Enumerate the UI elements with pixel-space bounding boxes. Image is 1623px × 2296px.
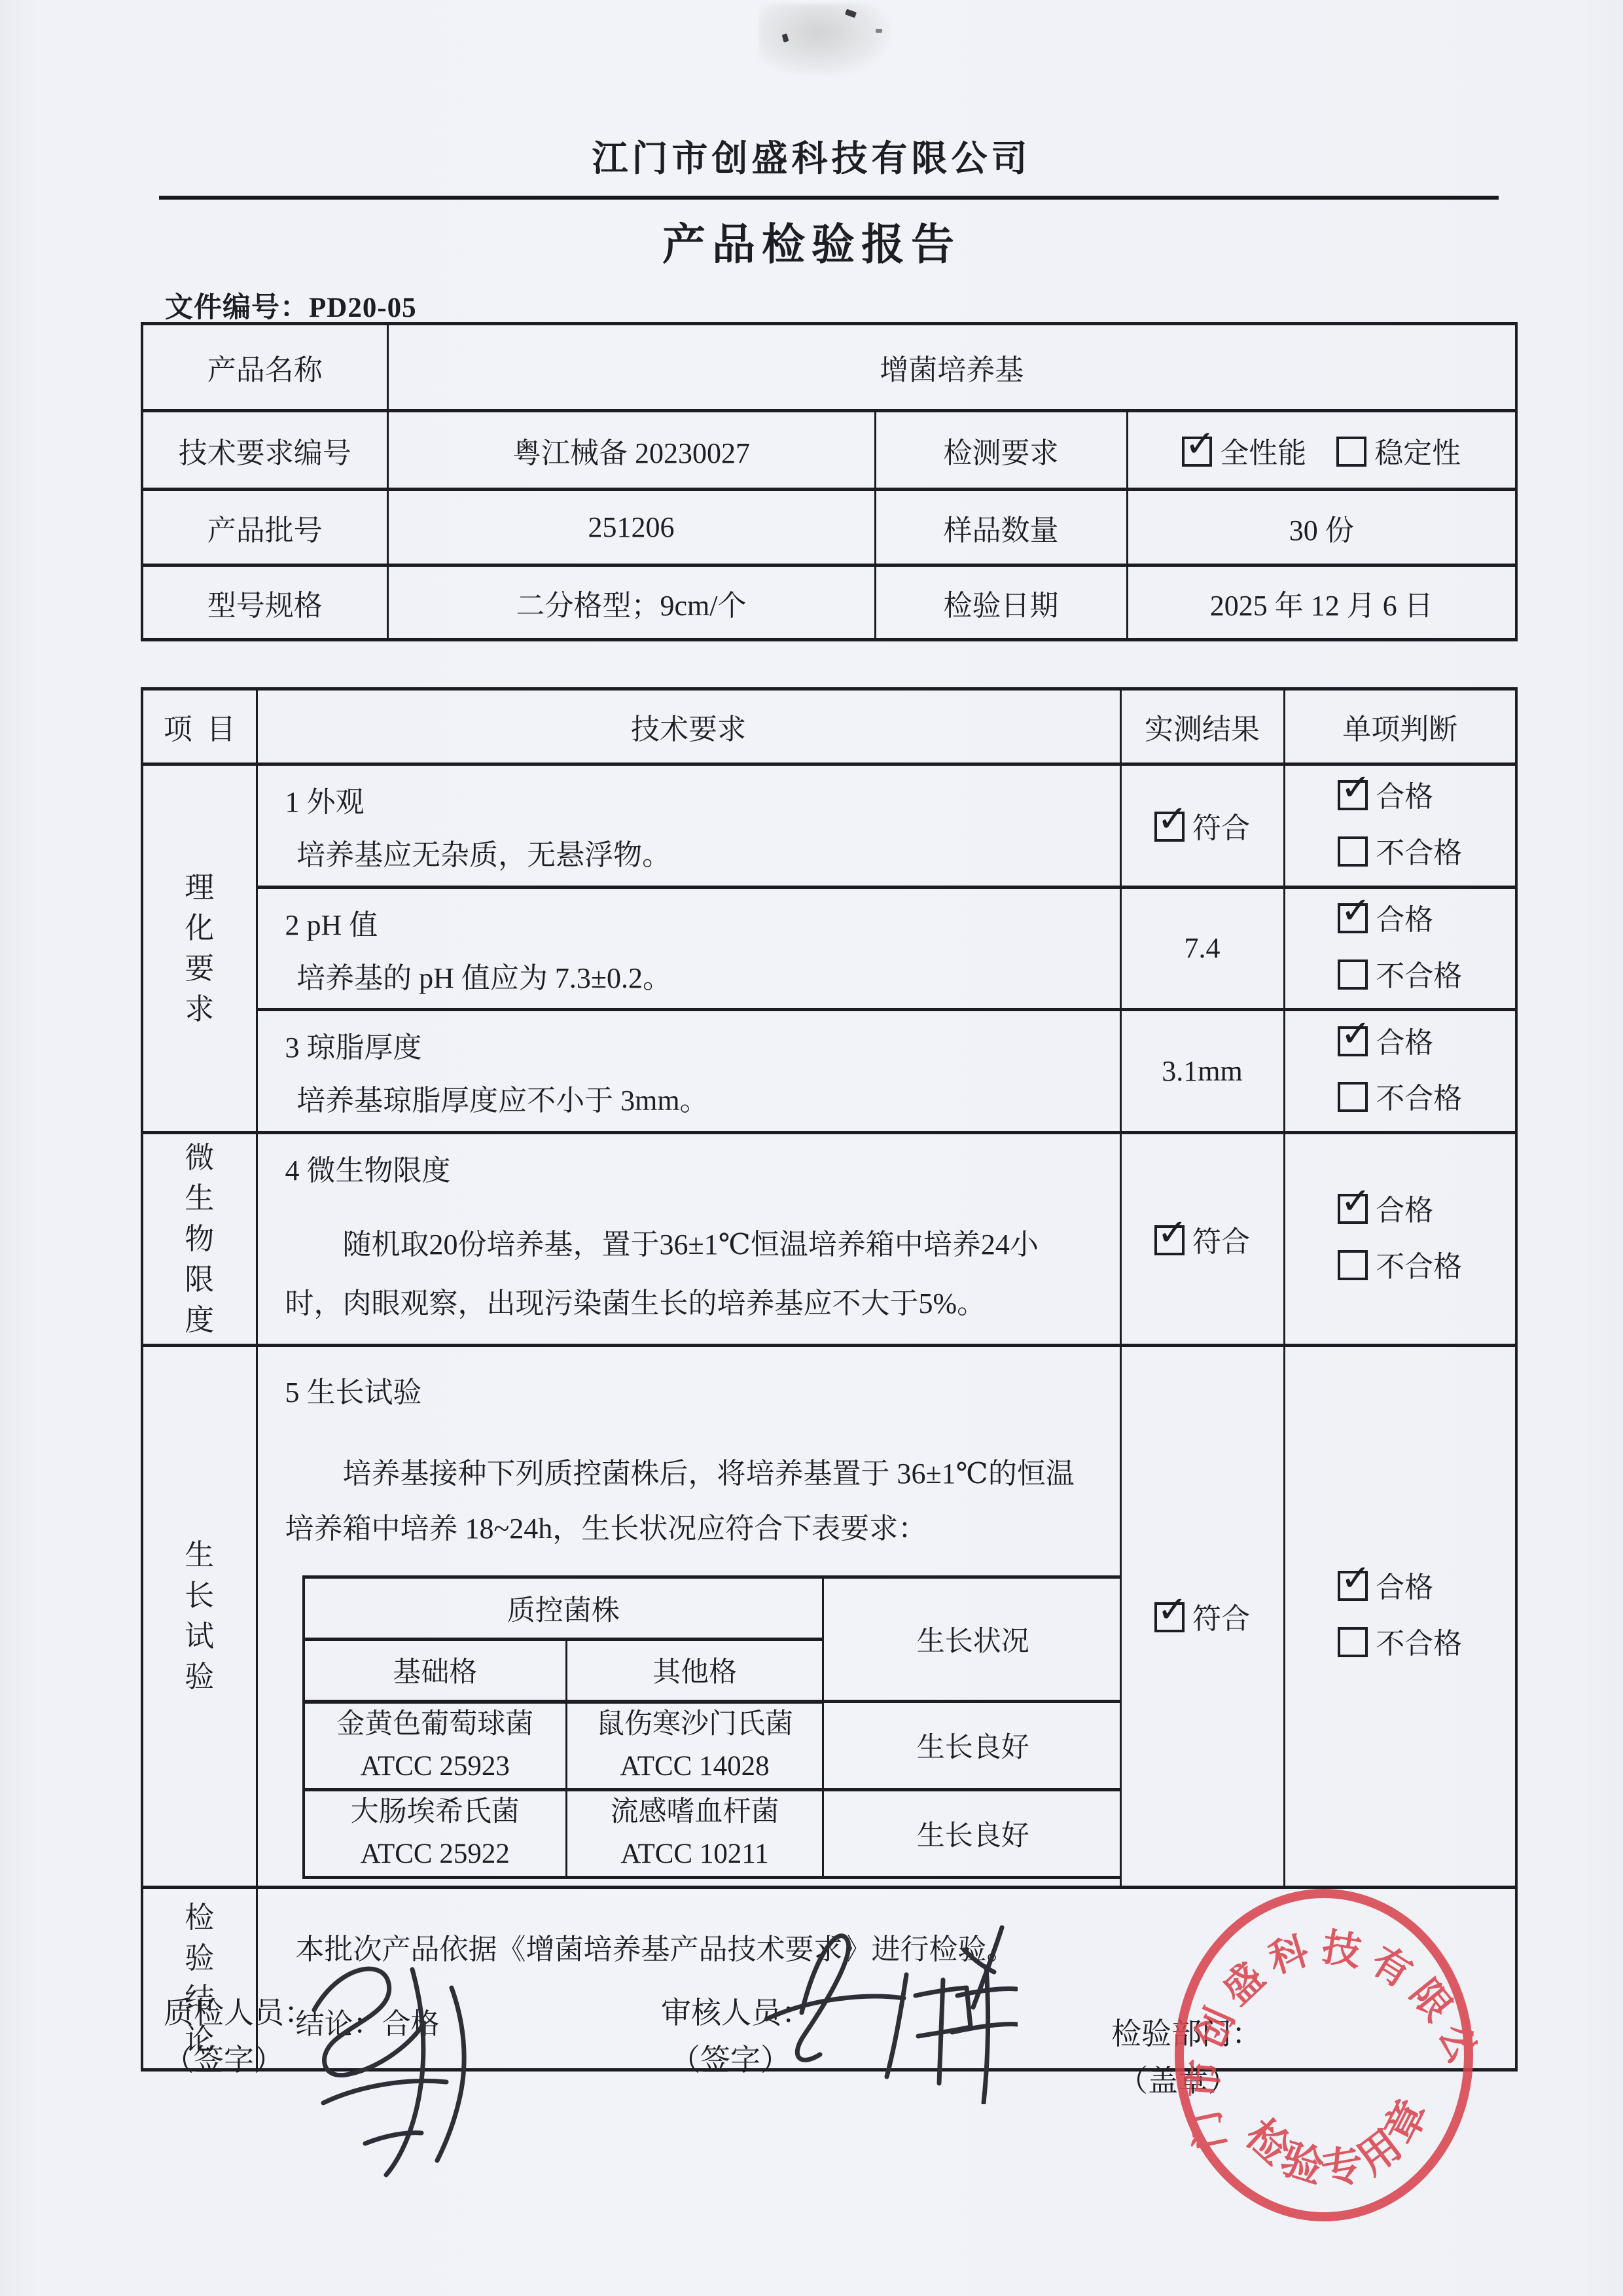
fail-label: 不合格	[1376, 1251, 1462, 1283]
strain-row: 金黄色葡萄球菌 ATCC 25923 鼠伤寒沙门氏菌 ATCC 14028 生长…	[304, 1702, 1121, 1790]
group-label-micro: 微生物限度	[142, 1132, 257, 1345]
checkbox-checked: ✓	[1338, 780, 1368, 810]
checkbox-unchecked	[1338, 1627, 1368, 1657]
check-mark: ✓	[1157, 1215, 1188, 1251]
tech-req-no-label: 技术要求编号	[142, 411, 387, 490]
pass-label: 合格	[1376, 1571, 1433, 1604]
model-value: 二分格型；9cm/个	[387, 565, 875, 640]
test-req-checked-option: ✓全性能	[1182, 437, 1306, 469]
product-info-table: 产品名称 增菌培养基 技术要求编号 粤江械备 20230027 检测要求 ✓全性…	[141, 322, 1518, 641]
strain-table-header-row: 质控菌株 生长状况	[304, 1577, 1121, 1640]
strain-status: 生长良好	[823, 1702, 1121, 1790]
batch-label: 产品批号	[142, 490, 387, 565]
req-body: 培养基的 pH 值应为 7.3±0.2。	[285, 956, 1100, 1001]
fail-label: 不合格	[1376, 837, 1462, 869]
checkbox-unchecked	[1338, 1082, 1368, 1112]
row-ph: 2 pH 值 培养基的 pH 值应为 7.3±0.2。 7.4 ✓合格 不合格	[142, 887, 1516, 1010]
batch-value: 251206	[387, 490, 875, 565]
strain-name: 金黄色葡萄球菌	[305, 1704, 566, 1746]
inspection-table: 项目 技术要求 实测结果 单项判断 理化要求 1 外观 培养基应无杂质，无悬浮物…	[141, 687, 1518, 2072]
doc-number: 文件编号：PD20-05	[165, 285, 417, 325]
fail-label: 不合格	[1376, 1628, 1462, 1660]
strain-status: 生长良好	[823, 1789, 1121, 1877]
result-text: 符合	[1192, 1226, 1250, 1258]
test-req-unchecked-option: 稳定性	[1336, 437, 1461, 469]
growth-strain-table: 质控菌株 生长状况 基础格 其他格 金黄色葡萄球菌 ATCC 25923 鼠伤	[302, 1575, 1121, 1879]
req-body: 培养基琼脂厚度应不小于 3mm。	[285, 1078, 1100, 1124]
table-row: 型号规格 二分格型；9cm/个 检验日期 2025 年 12 月 6 日	[142, 565, 1516, 640]
check-mark: ✓	[1157, 1592, 1188, 1628]
checkbox-checked: ✓	[1182, 437, 1212, 467]
group-label-text: 微生物限度	[183, 1138, 215, 1340]
check-mark: ✓	[1340, 1016, 1371, 1052]
strain-other: 鼠伤寒沙门氏菌 ATCC 14028	[567, 1702, 823, 1790]
group-label-text: 理化要求	[183, 867, 215, 1030]
result-agar: 3.1mm	[1120, 1010, 1284, 1133]
judgment-ph: ✓合格 不合格	[1284, 887, 1516, 1010]
row-appearance: 理化要求 1 外观 培养基应无杂质，无悬浮物。 ✓符合 ✓合格 不合格	[142, 764, 1516, 888]
status-header: 生长状况	[823, 1577, 1121, 1702]
check-mark: ✓	[1340, 770, 1371, 806]
strain-code: ATCC 10211	[567, 1833, 822, 1876]
sample-qty-label: 样品数量	[875, 490, 1127, 565]
scan-smudge	[759, 4, 890, 76]
strain-code: ATCC 25922	[305, 1833, 566, 1876]
strain-code: ATCC 25923	[305, 1746, 566, 1788]
header-judgment: 单项判断	[1284, 689, 1516, 764]
product-name-value: 增菌培养基	[387, 324, 1516, 411]
row-micro: 微生物限度 4 微生物限度 随机取20份培养基，置于36±1℃恒温培养箱中培养2…	[142, 1132, 1516, 1345]
result-text: 符合	[1192, 1603, 1250, 1635]
base-header: 基础格	[304, 1640, 567, 1702]
judgment-growth: ✓合格 不合格	[1284, 1345, 1516, 1887]
judgment-appearance: ✓合格 不合格	[1284, 764, 1516, 888]
doc-number-label: 文件编号：	[165, 293, 309, 323]
checkbox-unchecked	[1336, 437, 1366, 467]
strain-code: ATCC 14028	[567, 1746, 822, 1788]
test-req-unchecked-label: 稳定性	[1374, 437, 1461, 469]
header-item: 项目	[142, 689, 257, 764]
model-label: 型号规格	[142, 565, 387, 640]
req-title: 1 外观	[285, 780, 1100, 825]
req-body: 培养基应无杂质，无悬浮物。	[285, 833, 1100, 878]
checkbox-unchecked	[1338, 1250, 1368, 1280]
header-requirement: 技术要求	[257, 689, 1120, 764]
fail-label: 不合格	[1376, 1083, 1462, 1115]
req-agar: 3 琼脂厚度 培养基琼脂厚度应不小于 3mm。	[257, 1010, 1120, 1133]
req-title: 2 pH 值	[285, 903, 1100, 948]
pass-label: 合格	[1376, 1027, 1433, 1059]
header-divider	[159, 196, 1499, 200]
table-row: 技术要求编号 粤江械备 20230027 检测要求 ✓全性能稳定性	[142, 411, 1516, 490]
checkbox-checked: ✓	[1338, 1026, 1368, 1056]
test-req-label: 检测要求	[875, 411, 1127, 490]
result-micro: ✓符合	[1120, 1132, 1284, 1345]
check-mark: ✓	[1157, 801, 1188, 838]
req-body: 培养基接种下列质控菌株后，将培养基置于 36±1℃的恒温培养箱中培养 18~24…	[285, 1446, 1100, 1556]
doc-number-value: PD20-05	[309, 293, 417, 323]
pass-label: 合格	[1376, 1194, 1433, 1227]
table-row: 产品名称 增菌培养基	[142, 324, 1516, 411]
req-micro: 4 微生物限度 随机取20份培养基，置于36±1℃恒温培养箱中培养24小时，肉眼…	[257, 1132, 1120, 1345]
result-ph: 7.4	[1120, 887, 1284, 1010]
check-mark: ✓	[1340, 1183, 1371, 1220]
req-title: 3 琼脂厚度	[285, 1026, 1100, 1070]
product-name-label: 产品名称	[142, 324, 387, 411]
strain-row: 大肠埃希氏菌 ATCC 25922 流感嗜血杆菌 ATCC 10211 生长良好	[304, 1789, 1121, 1877]
check-mark: ✓	[1340, 1560, 1371, 1597]
checkbox-checked: ✓	[1154, 1602, 1185, 1632]
test-req-checked-label: 全性能	[1220, 437, 1306, 469]
group-label-text: 生长试验	[183, 1535, 215, 1697]
strain-name: 流感嗜血杆菌	[567, 1791, 822, 1834]
checkbox-checked: ✓	[1338, 1194, 1368, 1224]
req-body: 随机取20份培养基，置于36±1℃恒温培养箱中培养24小时，肉眼观察，出现污染菌…	[285, 1215, 1080, 1333]
header-result: 实测结果	[1120, 689, 1284, 764]
strain-name: 鼠伤寒沙门氏菌	[567, 1704, 822, 1746]
svg-text:检验专用章: 检验专用章	[1237, 2088, 1439, 2194]
result-appearance: ✓符合	[1120, 764, 1284, 888]
strain-name: 大肠埃希氏菌	[305, 1791, 566, 1834]
qc-signature	[287, 1947, 496, 2183]
company-title: 江门市创盛科技有限公司	[0, 130, 1623, 181]
table-row: 产品批号 251206 样品数量 30 份	[142, 490, 1516, 565]
date-value: 2025 年 12 月 6 日	[1127, 565, 1516, 640]
req-title: 5 生长试验	[285, 1371, 1100, 1415]
group-label-physchem: 理化要求	[142, 764, 257, 1133]
inspection-stamp: 江门市创盛科技有限公司 检验专用章	[1170, 1885, 1478, 2225]
check-mark: ✓	[1340, 893, 1371, 929]
row-growth: 生长试验 5 生长试验 培养基接种下列质控菌株后，将培养基置于 36±1℃的恒温…	[142, 1345, 1516, 1887]
table-header-row: 项目 技术要求 实测结果 单项判断	[142, 689, 1516, 764]
stamp-bottom-text: 检验专用章	[1237, 2088, 1439, 2194]
reviewer-signature	[756, 1914, 1018, 2104]
req-growth: 5 生长试验 培养基接种下列质控菌株后，将培养基置于 36±1℃的恒温培养箱中培…	[257, 1345, 1120, 1887]
req-title: 4 微生物限度	[285, 1149, 1100, 1193]
strain-base: 大肠埃希氏菌 ATCC 25922	[304, 1789, 567, 1877]
tech-req-no-value: 粤江械备 20230027	[387, 411, 875, 490]
row-agar: 3 琼脂厚度 培养基琼脂厚度应不小于 3mm。 3.1mm ✓合格 不合格	[142, 1010, 1516, 1133]
checkbox-unchecked	[1338, 836, 1368, 867]
judgment-micro: ✓合格 不合格	[1284, 1132, 1516, 1345]
date-label: 检验日期	[875, 565, 1127, 640]
pass-label: 合格	[1376, 781, 1433, 813]
pass-label: 合格	[1376, 904, 1433, 936]
test-req-value: ✓全性能稳定性	[1127, 411, 1516, 490]
strain-other: 流感嗜血杆菌 ATCC 10211	[567, 1789, 823, 1877]
report-page: 江门市创盛科技有限公司 产品检验报告 文件编号：PD20-05 产品名称 增菌培…	[0, 0, 1623, 2296]
group-label-growth: 生长试验	[142, 1345, 257, 1887]
strains-header: 质控菌株	[304, 1577, 823, 1640]
other-header: 其他格	[567, 1640, 823, 1702]
fail-label: 不合格	[1376, 960, 1462, 992]
req-appearance: 1 外观 培养基应无杂质，无悬浮物。	[257, 764, 1120, 888]
checkbox-checked: ✓	[1338, 903, 1368, 933]
strain-base: 金黄色葡萄球菌 ATCC 25923	[304, 1702, 567, 1790]
req-ph: 2 pH 值 培养基的 pH 值应为 7.3±0.2。	[257, 887, 1120, 1010]
checkbox-checked: ✓	[1154, 1225, 1185, 1255]
checkbox-unchecked	[1338, 960, 1368, 990]
checkbox-checked: ✓	[1338, 1571, 1368, 1601]
check-mark: ✓	[1185, 426, 1215, 463]
sample-qty-value: 30 份	[1127, 490, 1516, 565]
report-title: 产品检验报告	[0, 209, 1623, 272]
result-growth: ✓符合	[1120, 1345, 1284, 1887]
scan-speck	[876, 29, 882, 33]
checkbox-checked: ✓	[1154, 812, 1185, 842]
result-text: 符合	[1192, 812, 1250, 844]
judgment-agar: ✓合格 不合格	[1284, 1010, 1516, 1133]
